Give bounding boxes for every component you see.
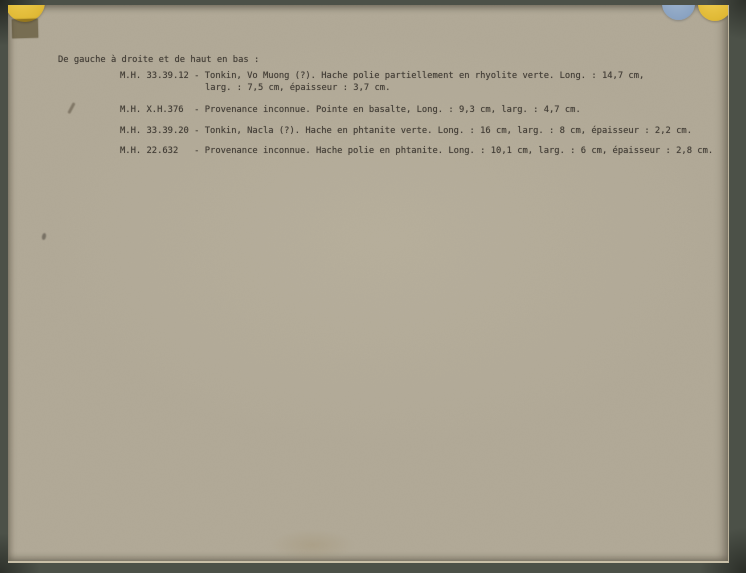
paper-stain xyxy=(270,529,355,561)
card-paper: De gauche à droite et de haut en bas : M… xyxy=(8,5,729,563)
ink-smudge xyxy=(67,102,75,114)
entry-1-line-1: M.H. 33.39.12 - Tonkin, Vo Muong (?). Ha… xyxy=(120,70,644,82)
blue-dot-sticker-top-right xyxy=(662,5,695,20)
paper-speck xyxy=(41,233,46,241)
tape-residue-patch xyxy=(12,19,38,38)
entry-4-line-1: M.H. 22.632 - Provenance inconnue. Hache… xyxy=(120,145,713,157)
intro-line: De gauche à droite et de haut en bas : xyxy=(58,54,259,66)
scanned-document: De gauche à droite et de haut en bas : M… xyxy=(0,0,746,573)
entry-1-line-2: larg. : 7,5 cm, épaisseur : 3,7 cm. xyxy=(205,82,390,94)
yellow-dot-sticker-top-right xyxy=(698,5,729,21)
entry-3-line-1: M.H. 33.39.20 - Tonkin, Nacla (?). Hache… xyxy=(120,125,692,137)
entry-2-line-1: M.H. X.H.376 - Provenance inconnue. Poin… xyxy=(120,104,581,116)
